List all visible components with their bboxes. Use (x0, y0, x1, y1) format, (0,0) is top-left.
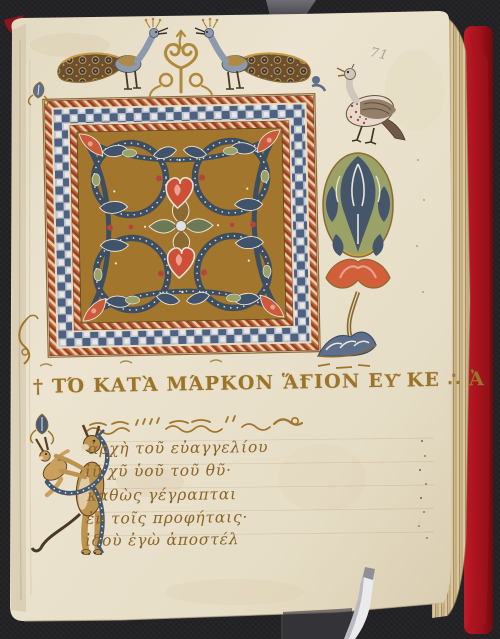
manuscript-photo: † ΤΌ ΚΑΤᾺ ΜΆΡΚΟΝ ἍΓΙΟΝ ΕΥ͂ ΚΕ ∴ Ἀ 71 ἀρχ… (0, 0, 500, 639)
headpiece-panel (43, 94, 320, 358)
painted-scene (0, 0, 500, 639)
